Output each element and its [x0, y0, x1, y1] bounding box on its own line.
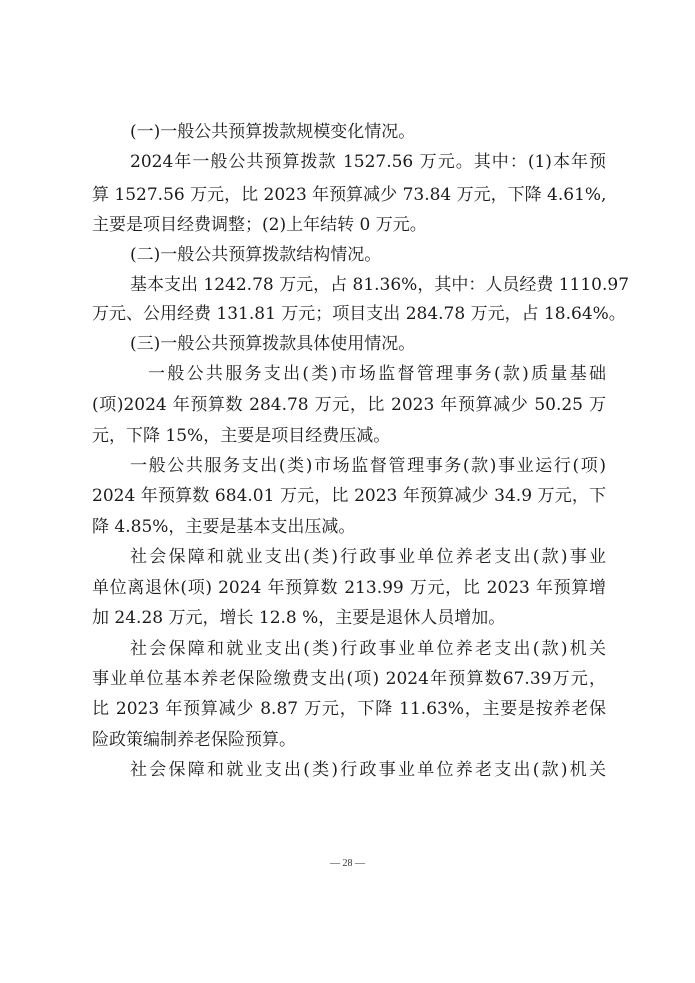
paragraph-line: 社会保障和就业支出(类)行政事业单位养老支出(款)机关: [130, 755, 606, 785]
section-heading-usage: (三)一般公共预算拨款具体使用情况。: [130, 329, 606, 359]
paragraph-line: 社会保障和就业支出(类)行政事业单位养老支出(款)机关: [130, 634, 606, 664]
document-page: (一)一般公共预算拨款规模变化情况。 2024年一般公共预算拨款 1527.56…: [0, 0, 695, 983]
section-heading-scale: (一)一般公共预算拨款规模变化情况。: [130, 117, 606, 147]
paragraph-line: (项)2024 年预算数 284.78 万元，比 2023 年预算减少 50.2…: [92, 390, 606, 420]
paragraph-line: 万元、公用经费 131.81 万元；项目支出 284.78 万元，占 18.64…: [92, 299, 606, 329]
paragraph-line: 险政策编制养老保险预算。: [92, 725, 606, 755]
page-number: — 28 —: [0, 858, 695, 869]
paragraph-line: 社会保障和就业支出(类)行政事业单位养老支出(款)事业: [130, 542, 606, 572]
paragraph-line: 2024 年预算数 684.01 万元，比 2023 年预算减少 34.9 万元…: [92, 481, 606, 511]
paragraph-line: 加 24.28 万元，增长 12.8 %，主要是退休人员增加。: [92, 603, 606, 633]
paragraph-line: 主要是项目经费调整；(2)上年结转 0 万元。: [92, 210, 606, 240]
paragraph-line: 基本支出 1242.78 万元，占 81.36%，其中：人员经费 1110.97: [130, 270, 606, 300]
paragraph-line: 元，下降 15%，主要是项目经费压减。: [92, 421, 606, 451]
paragraph-line: 一般公共服务支出(类)市场监督管理事务(款)质量基础: [148, 359, 606, 389]
paragraph-line: 算 1527.56 万元，比 2023 年预算减少 73.84 万元，下降 4.…: [92, 180, 606, 210]
paragraph-line: 2024年一般公共预算拨款 1527.56 万元。其中：(1)本年预: [130, 147, 606, 177]
paragraph-line: 事业单位基本养老保险缴费支出(项) 2024年预算数67.39万元，: [92, 664, 606, 694]
section-heading-structure: (二)一般公共预算拨款结构情况。: [130, 240, 606, 270]
paragraph-line: 单位离退休(项) 2024 年预算数 213.99 万元，比 2023 年预算增: [92, 573, 606, 603]
paragraph-line: 降 4.85%，主要是基本支出压减。: [92, 512, 606, 542]
paragraph-line: 比 2023 年预算减少 8.87 万元，下降 11.63%，主要是按养老保: [92, 694, 606, 724]
paragraph-line: 一般公共服务支出(类)市场监督管理事务(款)事业运行(项): [130, 451, 606, 481]
